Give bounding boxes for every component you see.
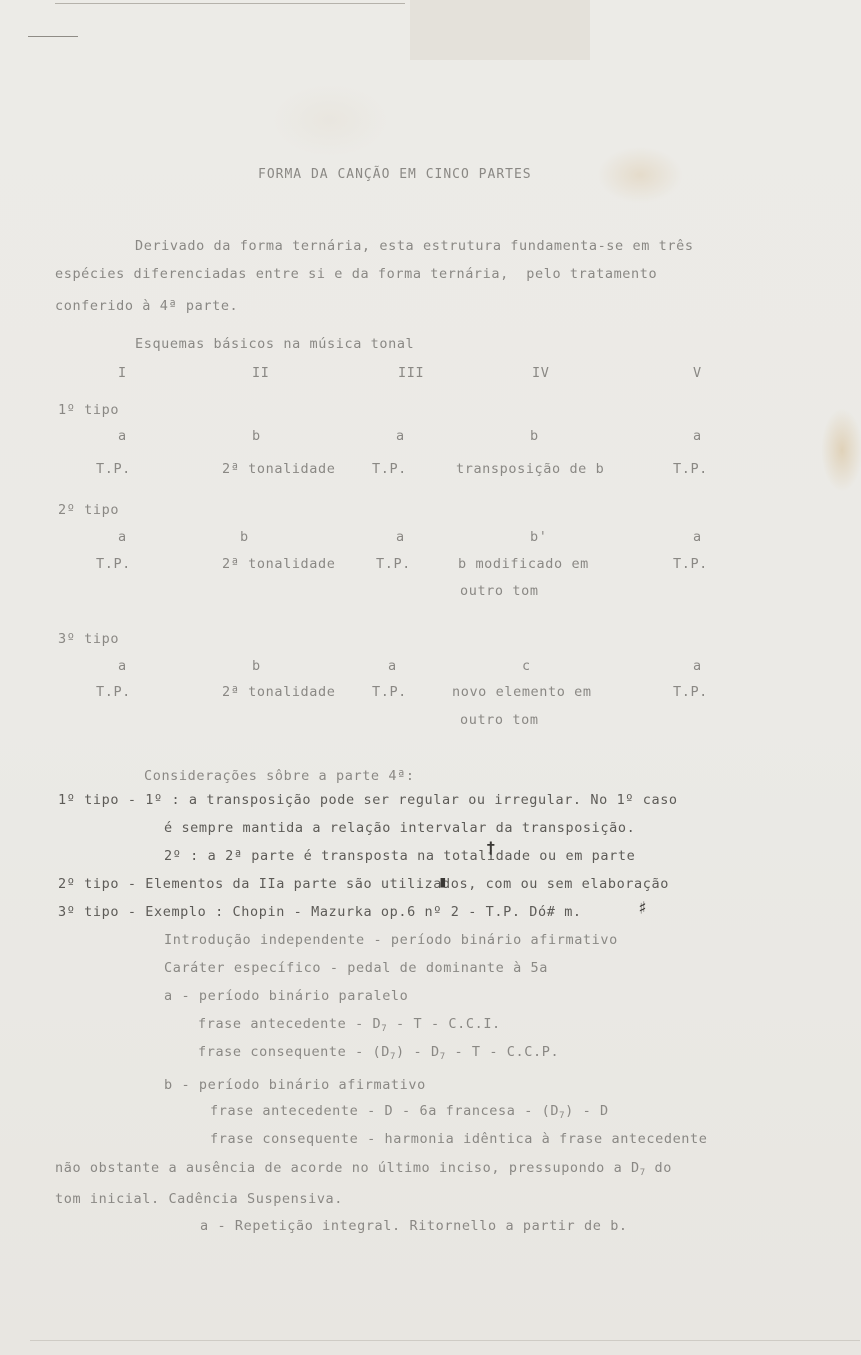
part-letter: b xyxy=(240,529,249,545)
consideration-line: tom inicial. Cadência Suspensiva. xyxy=(55,1191,343,1207)
consideration-line: b - período binário afirmativo xyxy=(164,1077,426,1093)
part-letter: c xyxy=(522,658,531,674)
pen-mark xyxy=(28,36,78,37)
part-desc: 2ª tonalidade xyxy=(222,556,335,572)
part-desc: transposição de b xyxy=(456,461,604,477)
paper-fold xyxy=(410,0,590,60)
part-desc: b modificado em xyxy=(458,556,589,572)
type-label: 1º tipo xyxy=(58,402,119,418)
edge-line xyxy=(55,3,405,4)
paper-sheet xyxy=(0,0,861,1355)
pen-correction-mark: † xyxy=(486,838,496,857)
harmony-line: frase antecedente - D7 - T - C.C.I. xyxy=(198,1016,501,1037)
harmony-text: ) - D xyxy=(396,1044,440,1060)
part-letter: a xyxy=(118,529,127,545)
schemes-heading: Esquemas básicos na música tonal xyxy=(135,336,414,352)
page-title: FORMA DA CANÇÃO EM CINCO PARTES xyxy=(258,167,532,183)
column-header: V xyxy=(693,365,702,381)
consideration-line: Caráter específico - pedal de dominante … xyxy=(164,960,548,976)
consideration-line: 3º tipo - Exemplo : Chopin - Mazurka op.… xyxy=(58,904,582,920)
part-letter: a xyxy=(118,428,127,444)
intro-line: Derivado da forma ternária, esta estrutu… xyxy=(135,238,694,254)
harmony-text: frase antecedente - D - 6a francesa - (D xyxy=(210,1103,559,1119)
part-desc: T.P. xyxy=(376,556,411,572)
harmony-text: - T - C.C.I. xyxy=(387,1016,500,1032)
part-desc: T.P. xyxy=(96,461,131,477)
consideration-line: Introdução independente - período binári… xyxy=(164,932,618,948)
column-header: IV xyxy=(532,365,549,381)
type-label: 3º tipo xyxy=(58,631,119,647)
part-desc: T.P. xyxy=(96,684,131,700)
part-letter: b xyxy=(530,428,539,444)
sharp-sign-mark: ♯ xyxy=(637,898,648,919)
edge-line xyxy=(30,1340,860,1341)
part-letter: b xyxy=(252,658,261,674)
column-header: II xyxy=(252,365,269,381)
consideration-line: 1º tipo - 1º : a transposição pode ser r… xyxy=(58,792,678,808)
part-desc-extra: outro tom xyxy=(460,712,539,728)
part-desc: 2ª tonalidade xyxy=(222,684,335,700)
pen-correction-mark: ▮ xyxy=(438,872,448,891)
part-letter: a xyxy=(693,658,702,674)
harmony-text: - T - C.C.P. xyxy=(446,1044,559,1060)
harmony-text: ) - D xyxy=(565,1103,609,1119)
part-desc: T.P. xyxy=(673,556,708,572)
part-letter: a xyxy=(396,529,405,545)
consideration-line: 2º : a 2ª parte é transposta na totalida… xyxy=(164,848,635,864)
column-header: I xyxy=(118,365,127,381)
part-desc: T.P. xyxy=(673,461,708,477)
harmony-text: não obstante a ausência de acorde no últ… xyxy=(55,1160,640,1176)
part-letter: a xyxy=(388,658,397,674)
consideration-line: frase consequente - harmonia idêntica à … xyxy=(210,1131,707,1147)
intro-line: espécies diferenciadas entre si e da for… xyxy=(55,266,657,282)
column-header: III xyxy=(398,365,424,381)
part-desc: T.P. xyxy=(96,556,131,572)
consideration-line: 2º tipo - Elementos da IIa parte são uti… xyxy=(58,876,669,892)
part-letter: a xyxy=(693,428,702,444)
part-desc: T.P. xyxy=(372,684,407,700)
part-desc: 2ª tonalidade xyxy=(222,461,335,477)
harmony-text: frase consequente - (D xyxy=(198,1044,390,1060)
harmony-line: frase antecedente - D - 6a francesa - (D… xyxy=(210,1103,609,1124)
consideration-line: não obstante a ausência de acorde no últ… xyxy=(55,1160,672,1181)
consideration-line: a - Repetição integral. Ritornello a par… xyxy=(200,1218,628,1234)
consideration-line: a - período binário paralelo xyxy=(164,988,408,1004)
intro-line: conferido à 4ª parte. xyxy=(55,298,238,314)
part-letter: b' xyxy=(530,529,547,545)
part-letter: b xyxy=(252,428,261,444)
consideration-line: é sempre mantida a relação intervalar da… xyxy=(164,820,635,836)
part-letter: a xyxy=(118,658,127,674)
harmony-text: frase antecedente - D xyxy=(198,1016,381,1032)
harmony-text: do xyxy=(646,1160,672,1176)
considerations-heading: Considerações sôbre a parte 4ª: xyxy=(144,768,415,784)
part-desc: T.P. xyxy=(673,684,708,700)
part-letter: a xyxy=(396,428,405,444)
type-label: 2º tipo xyxy=(58,502,119,518)
harmony-line: frase consequente - (D7) - D7 - T - C.C.… xyxy=(198,1044,559,1065)
part-letter: a xyxy=(693,529,702,545)
part-desc: T.P. xyxy=(372,461,407,477)
part-desc: novo elemento em xyxy=(452,684,592,700)
part-desc-extra: outro tom xyxy=(460,583,539,599)
